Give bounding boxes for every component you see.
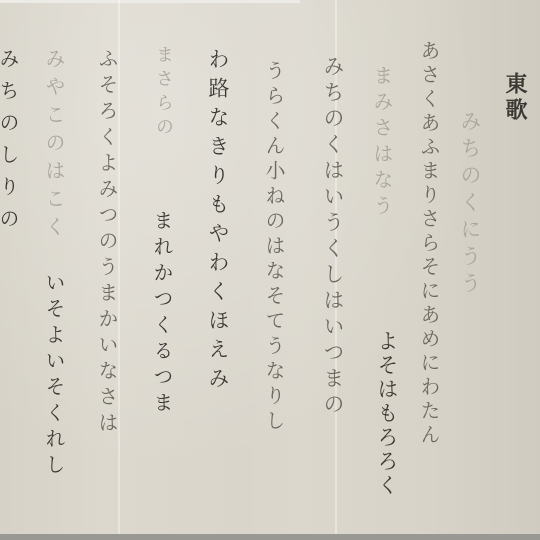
text-column: まさらの bbox=[150, 45, 176, 141]
text-column: みちのくはいうくしはいつまの bbox=[318, 55, 348, 419]
manuscript-photo: 東歌 みちのくにうう あさくあふまりさらそにあめにわたん まみさはなう よそはも… bbox=[0, 0, 540, 540]
text-column: まれかつくるつま bbox=[148, 210, 177, 418]
text-column: よそはもろろく bbox=[372, 330, 402, 498]
text-column: わ路なきりもやわくほえみ bbox=[203, 48, 233, 396]
paper-edge-top bbox=[0, 0, 300, 3]
text-column: みちのくにうう bbox=[455, 110, 485, 299]
text-column: まみさはなう bbox=[368, 65, 397, 221]
paper-edge-bottom bbox=[0, 534, 540, 540]
text-column: いそよいそくれし bbox=[40, 272, 69, 480]
manuscript-title: 東歌 bbox=[500, 72, 531, 124]
text-column: みやこのはこく bbox=[40, 48, 69, 244]
text-column: みちのしりの bbox=[0, 48, 23, 240]
text-column: あさくあふまりさらそにあめにわたん bbox=[415, 40, 444, 448]
text-column: ふそろくよみつのうまかいなさは bbox=[93, 48, 122, 438]
text-column: うらくん小ねのはなそてうなりし bbox=[260, 60, 289, 435]
